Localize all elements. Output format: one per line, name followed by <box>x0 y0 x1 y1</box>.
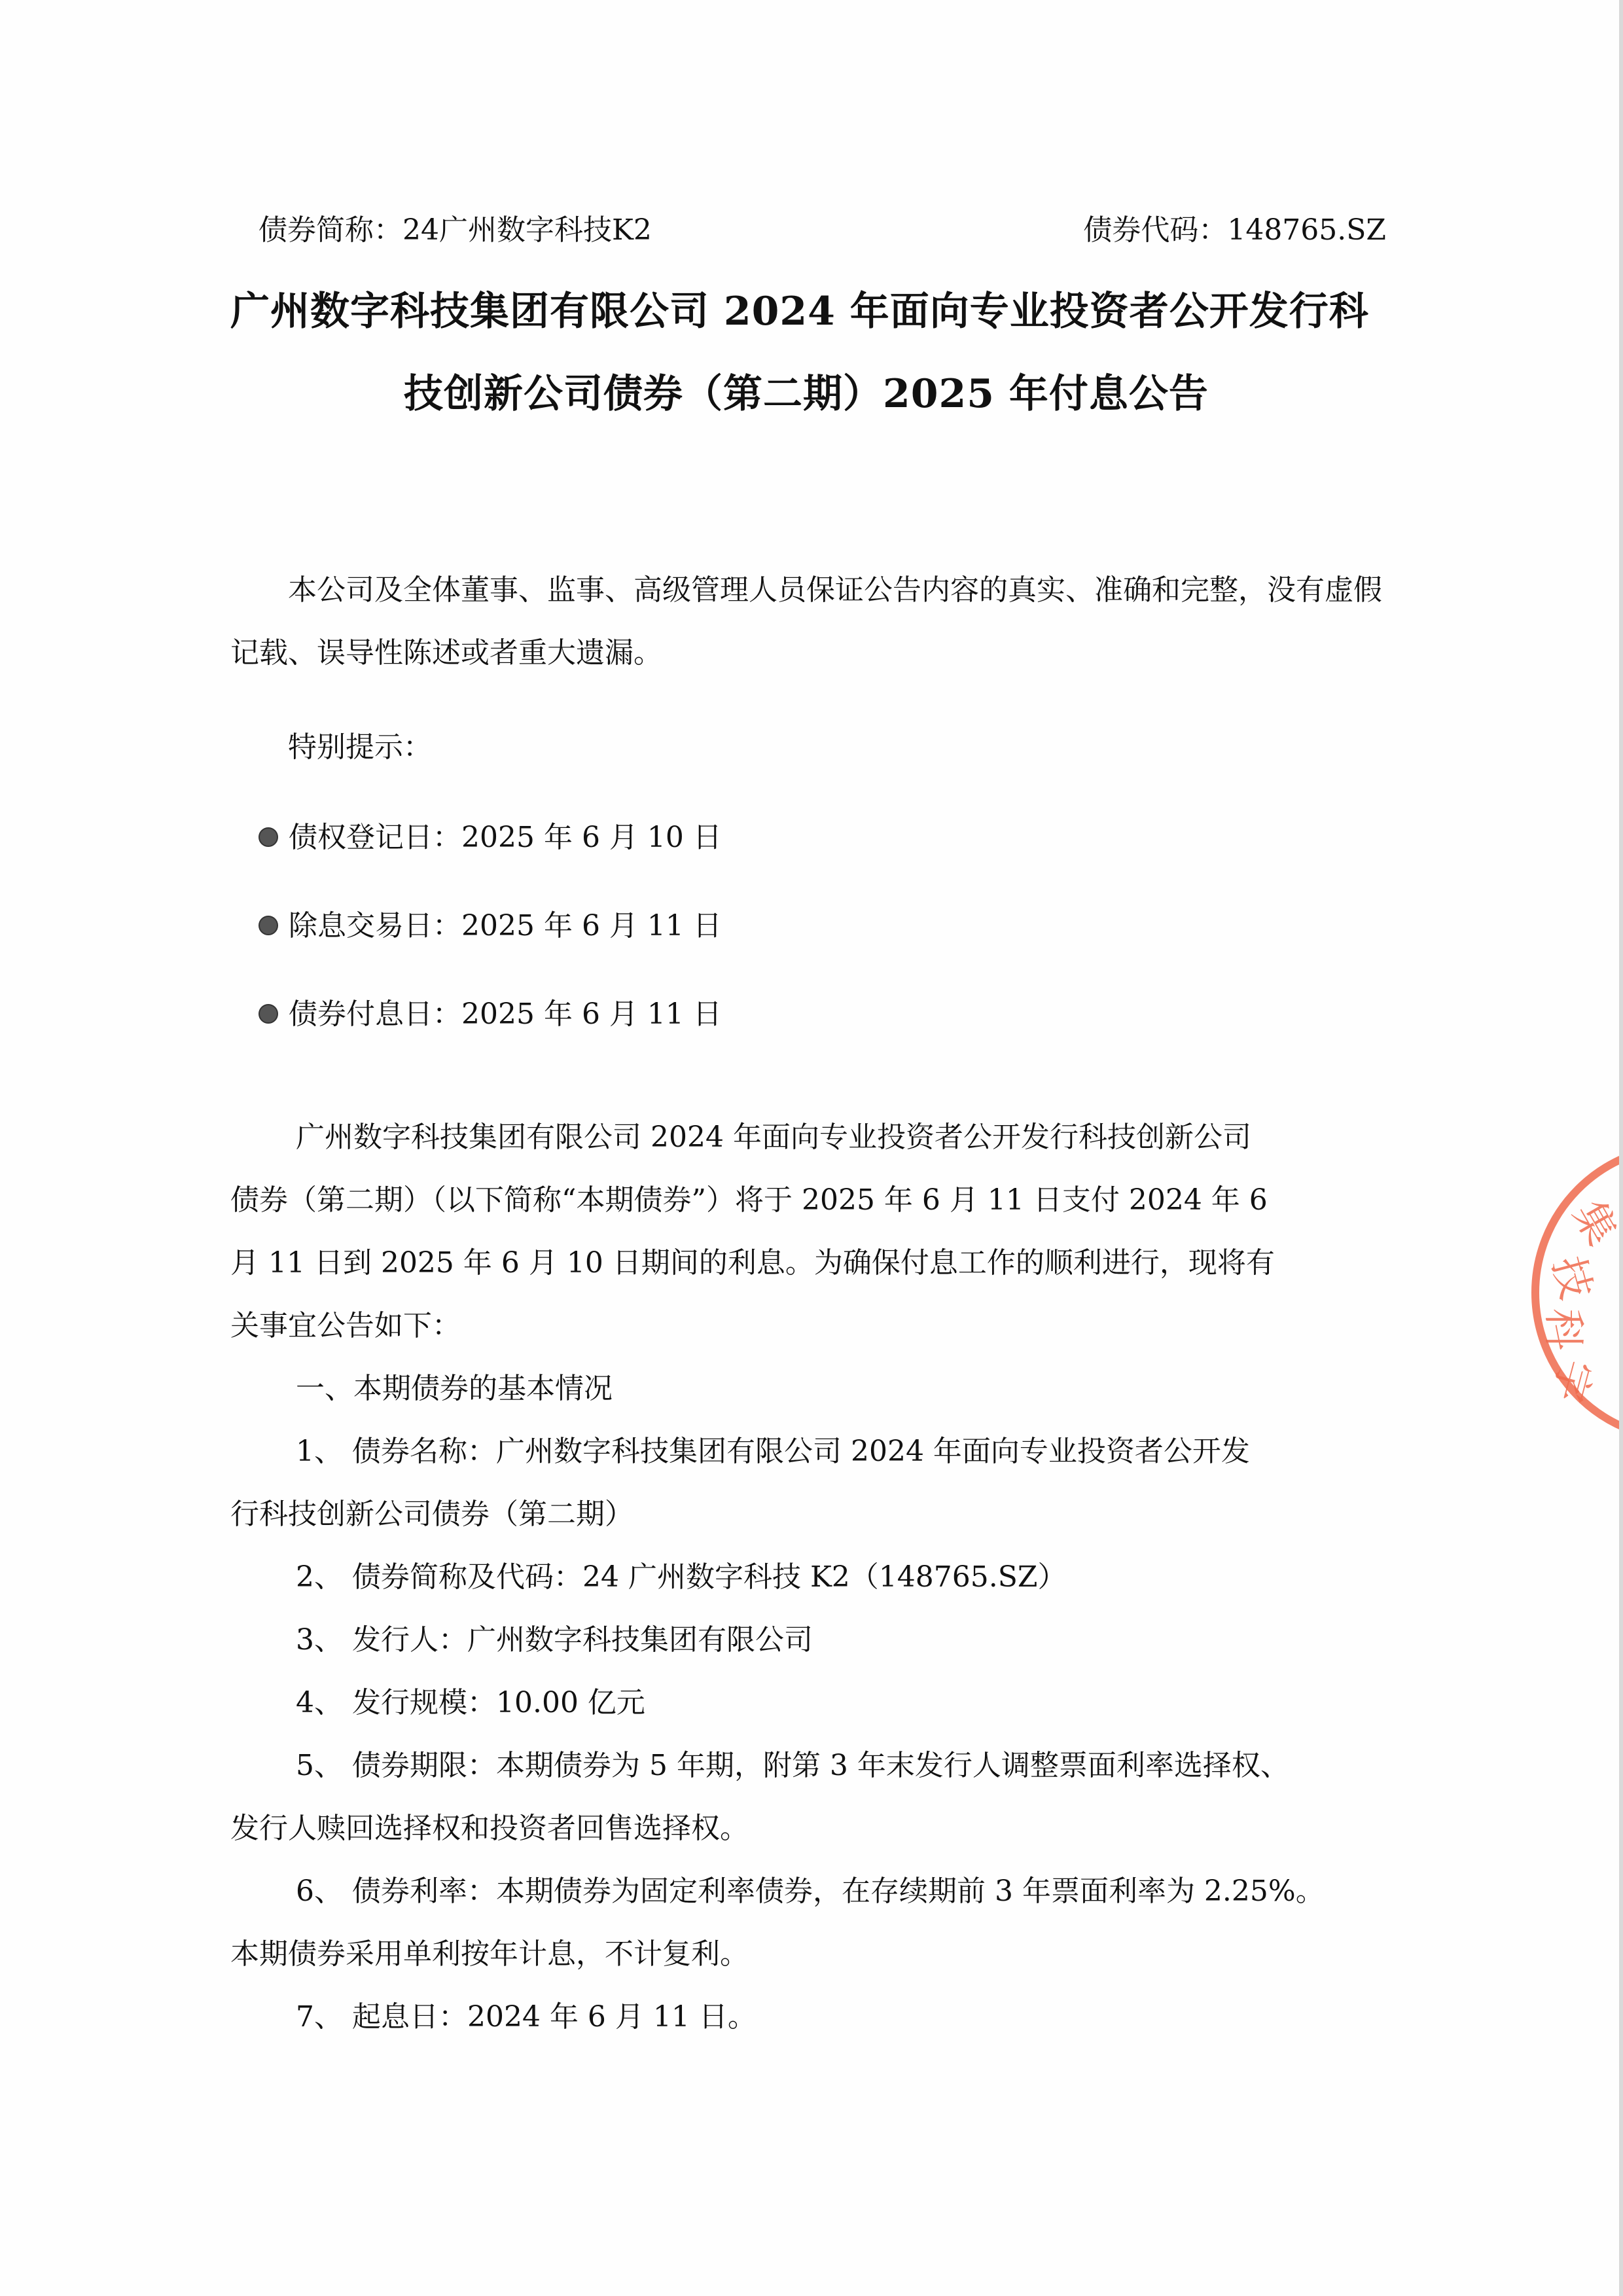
bond-short-name: 债券简称：24广州数字科技K2 <box>259 211 652 250</box>
item-5-line-1: 5、 债券期限：本期债券为 5 年期，附第 3 年末发行人调整票面利率选择权、 <box>296 1746 1289 1785</box>
bullet-icon <box>259 916 278 935</box>
bullet-icon <box>259 1004 278 1024</box>
item-1-line-1: 1、 债券名称：广州数字科技集团有限公司 2024 年面向专业投资者公开发 <box>296 1432 1250 1471</box>
page-edge <box>1619 0 1623 2296</box>
intro-line-3: 月 11 日到 2025 年 6 月 10 日期间的利息。为确保付息工作的顺利进… <box>230 1244 1275 1283</box>
item-2: 2、 债券简称及代码：24 广州数字科技 K2（148765.SZ） <box>296 1558 1066 1597</box>
intro-line-2: 债券（第二期）（以下简称“本期债券”）将于 2025 年 6 月 11 日支付 … <box>230 1181 1268 1220</box>
item-1-line-2: 行科技创新公司债券（第二期） <box>230 1495 633 1534</box>
item-4: 4、 发行规模：10.00 亿元 <box>296 1683 645 1723</box>
page-title-line-2: 技创新公司债券（第二期）2025 年付息公告 <box>404 368 1209 420</box>
item-3: 3、 发行人：广州数字科技集团有限公司 <box>296 1621 813 1660</box>
item-5-line-2: 发行人赎回选择权和投资者回售选择权。 <box>230 1809 749 1848</box>
section-heading-basic-info: 一、本期债券的基本情况 <box>296 1369 613 1408</box>
disclaimer-line-2: 记载、误导性陈述或者重大遗漏。 <box>230 634 662 673</box>
special-notice-label: 特别提示： <box>288 728 432 767</box>
notice-item-record-date: 债权登记日：2025 年 6 月 10 日 <box>259 818 722 857</box>
seal-char: 科 <box>1537 1308 1597 1350</box>
notice-item-ex-date: 除息交易日：2025 年 6 月 11 日 <box>259 906 722 946</box>
page-title-line-1: 广州数字科技集团有限公司 2024 年面向专业投资者公开发行科 <box>230 285 1369 338</box>
bullet-icon <box>259 827 278 847</box>
intro-line-1: 广州数字科技集团有限公司 2024 年面向专业投资者公开发行科技创新公司 <box>296 1118 1251 1157</box>
bond-code: 债券代码：148765.SZ <box>1083 211 1386 250</box>
disclaimer-line-1: 本公司及全体董事、监事、高级管理人员保证公告内容的真实、准确和完整，没有虚假 <box>288 571 1382 610</box>
item-6-line-1: 6、 债券利率：本期债券为固定利率债券，在存续期前 3 年票面利率为 2.25%… <box>296 1872 1325 1911</box>
notice-item-payment-date: 债券付息日：2025 年 6 月 11 日 <box>259 995 722 1034</box>
item-6-line-2: 本期债券采用单利按年计息，不计复利。 <box>230 1935 749 1974</box>
item-7: 7、 起息日：2024 年 6 月 11 日。 <box>296 1998 757 2037</box>
document-page: 债券简称：24广州数字科技K2 债券代码：148765.SZ 广州数字科技集团有… <box>0 0 1623 2296</box>
intro-line-4: 关事宜公告如下： <box>230 1306 461 1346</box>
